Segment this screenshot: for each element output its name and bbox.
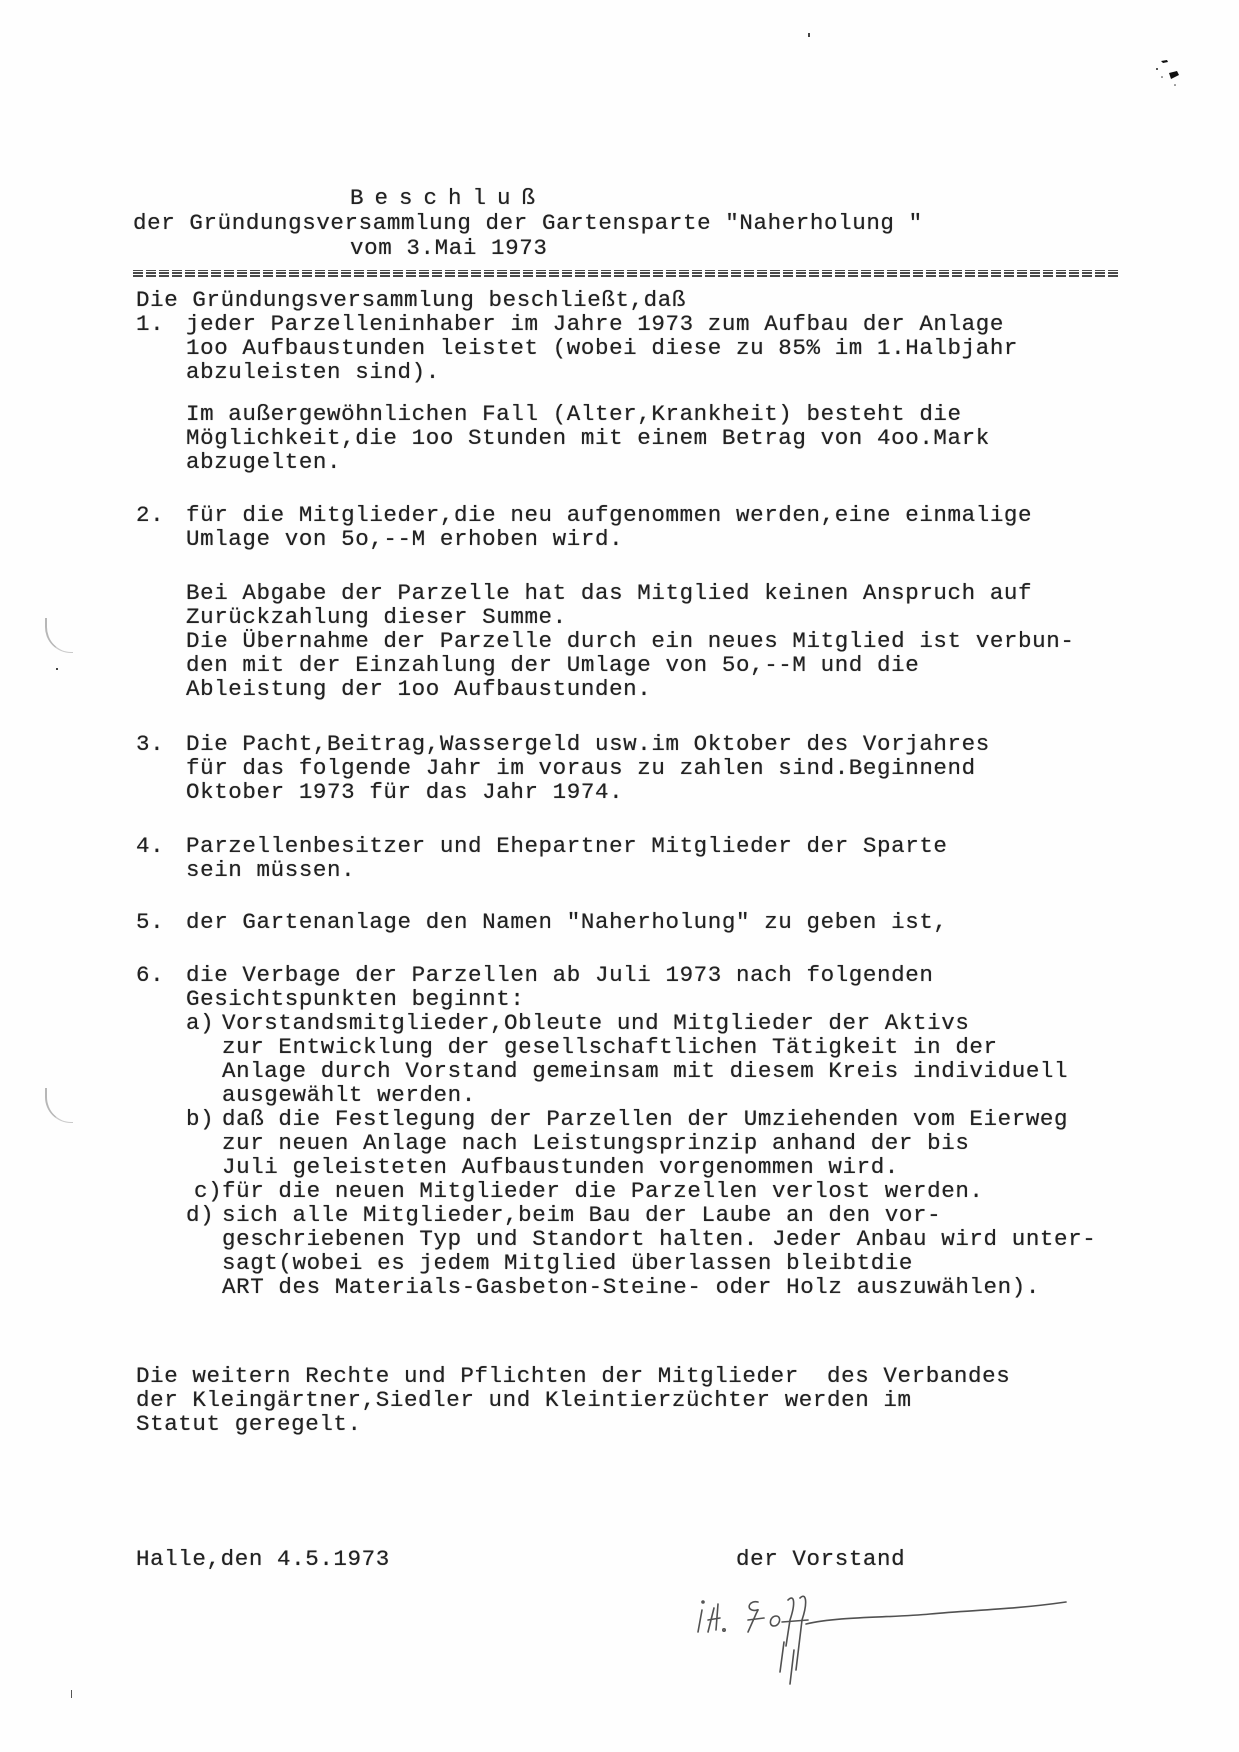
document-title: Beschluß [350,186,546,211]
item-5-line: der Gartenanlage den Namen "Naherholung"… [186,910,948,935]
scan-dot [71,1690,72,1698]
item-2-line: Umlage von 5o,--M erhoben wird. [186,527,623,552]
place-date: Halle,den 4.5.1973 [136,1547,390,1572]
closing-line: Statut geregelt. [136,1412,362,1437]
subitem-a-line: ausgewählt werden. [222,1083,476,1108]
item-1-line: 1oo Aufbaustunden leistet (wobei diese z… [186,336,1018,361]
item-4-line: sein müssen. [186,858,355,883]
item-2-note-line: Ableistung der 1oo Aufbaustunden. [186,677,651,702]
item-4-line: Parzellenbesitzer und Ehepartner Mitglie… [186,834,948,859]
item-1-note-line: abzugelten. [186,450,341,475]
subitem-label: c) [194,1179,222,1204]
scan-dot [56,668,58,670]
item-number: 2. [136,503,164,528]
subitem-label: d) [186,1203,214,1228]
subitem-label: a) [186,1011,214,1036]
item-number: 3. [136,732,164,757]
item-2-note-line: den mit der Einzahlung der Umlage von 5o… [186,653,919,678]
item-2-note-line: Zurückzahlung dieser Summe. [186,605,567,630]
signatory-label: der Vorstand [736,1547,905,1572]
item-2-note-line: Bei Abgabe der Parzelle hat das Mitglied… [186,581,1032,606]
title-separator [133,270,1118,277]
handwritten-signature [690,1580,1090,1690]
item-6-line: Gesichtspunkten beginnt: [186,987,524,1012]
item-1-line: jeder Parzelleninhaber im Jahre 1973 zum… [186,312,1004,337]
item-2-line: für die Mitglieder,die neu aufgenommen w… [186,503,1032,528]
subitem-a-line: zur Entwicklung der gesellschaftlichen T… [222,1035,998,1060]
subitem-d-line: sagt(wobei es jedem Mitglied überlassen … [222,1251,913,1276]
punch-hole-mark [45,1088,73,1123]
item-3-line: Die Pacht,Beitrag,Wassergeld usw.im Okto… [186,732,990,757]
punch-hole-mark [45,618,73,653]
document-subtitle: der Gründungsversammlung der Gartenspart… [133,211,923,236]
item-number: 1. [136,312,164,337]
closing-line: Die weitern Rechte und Pflichten der Mit… [136,1364,1010,1389]
subitem-d-line: sich alle Mitglieder,beim Bau der Laube … [222,1203,941,1228]
item-3-line: für das folgende Jahr im voraus zu zahle… [186,756,976,781]
item-1-note-line: Möglichkeit,die 1oo Stunden mit einem Be… [186,426,990,451]
item-1-line: abzuleisten sind). [186,360,440,385]
intro-text: Die Gründungsversammlung beschließt,daß [136,288,686,313]
subitem-c-line: für die neuen Mitglieder die Parzellen v… [222,1179,984,1204]
subitem-a-line: Vorstandsmitglieder,Obleute und Mitglied… [222,1011,969,1036]
item-number: 6. [136,963,164,988]
scan-speck-mark [1155,55,1195,95]
subitem-d-line: geschriebenen Typ und Standort halten. J… [222,1227,1096,1252]
subitem-label: b) [186,1107,214,1132]
item-1-note-line: Im außergewöhnlichen Fall (Alter,Krankhe… [186,402,962,427]
item-number: 5. [136,910,164,935]
closing-line: der Kleingärtner,Siedler und Kleintierzü… [136,1388,912,1413]
subitem-b-line: daß die Festlegung der Parzellen der Umz… [222,1107,1068,1132]
subitem-a-line: Anlage durch Vorstand gemeinsam mit dies… [222,1059,1068,1084]
item-3-line: Oktober 1973 für das Jahr 1974. [186,780,623,805]
document-page: Beschluß der Gründungsversammlung der Ga… [0,0,1239,1752]
item-6-line: die Verbage der Parzellen ab Juli 1973 n… [186,963,933,988]
scan-dot [808,33,810,37]
subitem-d-line: ART des Materials-Gasbeton-Steine- oder … [222,1275,1040,1300]
subitem-b-line: Juli geleisteten Aufbaustunden vorgenomm… [222,1155,899,1180]
subitem-b-line: zur neuen Anlage nach Leistungsprinzip a… [222,1131,969,1156]
item-number: 4. [136,834,164,859]
item-2-note-line: Die Übernahme der Parzelle durch ein neu… [186,629,1074,654]
document-date: vom 3.Mai 1973 [350,236,547,261]
